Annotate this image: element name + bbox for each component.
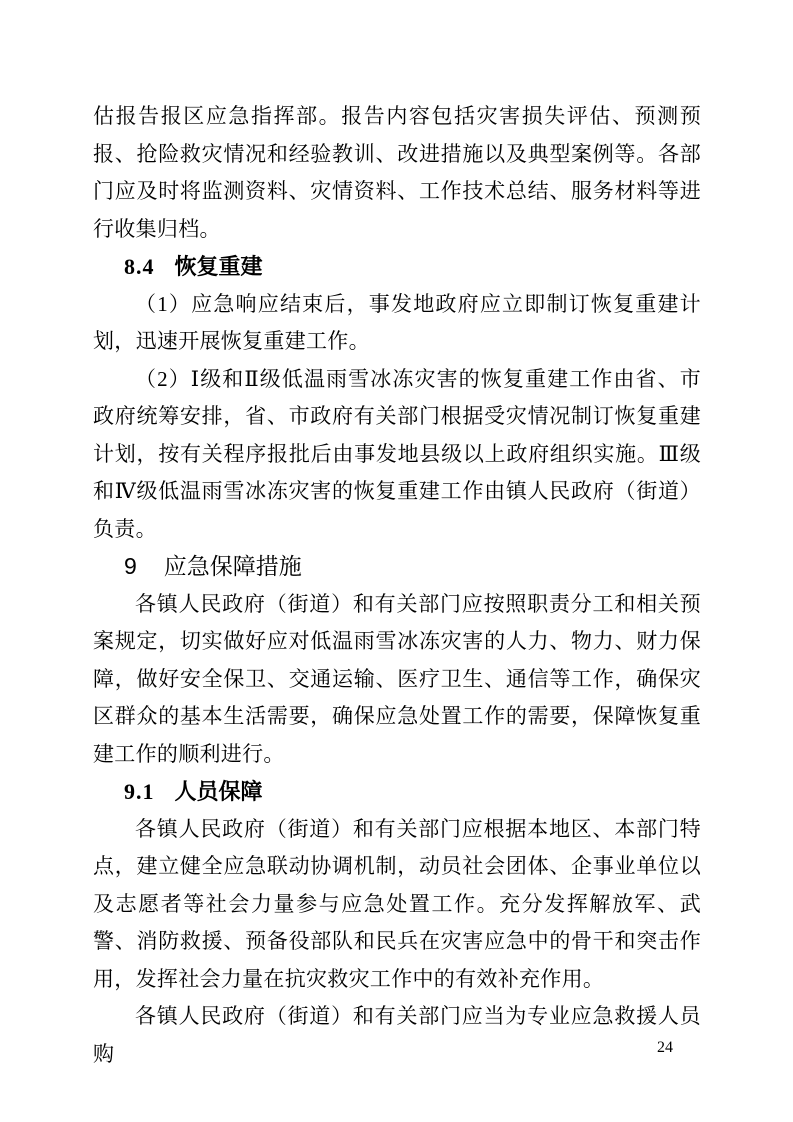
section-number: 8.4 [124, 248, 155, 286]
document-page: 估报告报区应急指挥部。报告内容包括灾害损失评估、预测预报、抢险救灾情况和经验教训… [0, 0, 793, 1122]
paragraph: 各镇人民政府（街道）和有关部门应根据本地区、本部门特点，建立健全应急联动协调机制… [93, 811, 701, 999]
paragraph: （1）应急响应结束后，事发地政府应立即制订恢复重建计划，迅速开展恢复重建工作。 [93, 286, 701, 361]
paragraph: 各镇人民政府（街道）和有关部门应按照职责分工和相关预案规定，切实做好应对低温雨雪… [93, 586, 701, 774]
section-title: 应急保障措施 [164, 553, 302, 579]
section-heading-8-4: 8.4恢复重建 [93, 248, 701, 286]
section-title: 人员保障 [175, 779, 263, 804]
page-content: 估报告报区应急指挥部。报告内容包括灾害损失评估、预测预报、抢险救灾情况和经验教训… [93, 98, 701, 1073]
section-number: 9 [124, 548, 138, 586]
section-heading-9-1: 9.1人员保障 [93, 773, 701, 811]
paragraph: （2）Ⅰ级和Ⅱ级低温雨雪冰冻灾害的恢复重建工作由省、市政府统筹安排，省、市政府有… [93, 361, 701, 549]
section-number: 9.1 [124, 773, 155, 811]
section-title: 恢复重建 [175, 254, 263, 279]
page-number: 24 [657, 1038, 673, 1058]
paragraph-continuation: 估报告报区应急指挥部。报告内容包括灾害损失评估、预测预报、抢险救灾情况和经验教训… [93, 98, 701, 248]
section-heading-9: 9应急保障措施 [93, 548, 701, 586]
paragraph: 各镇人民政府（街道）和有关部门应当为专业应急救援人员购 [93, 998, 701, 1073]
